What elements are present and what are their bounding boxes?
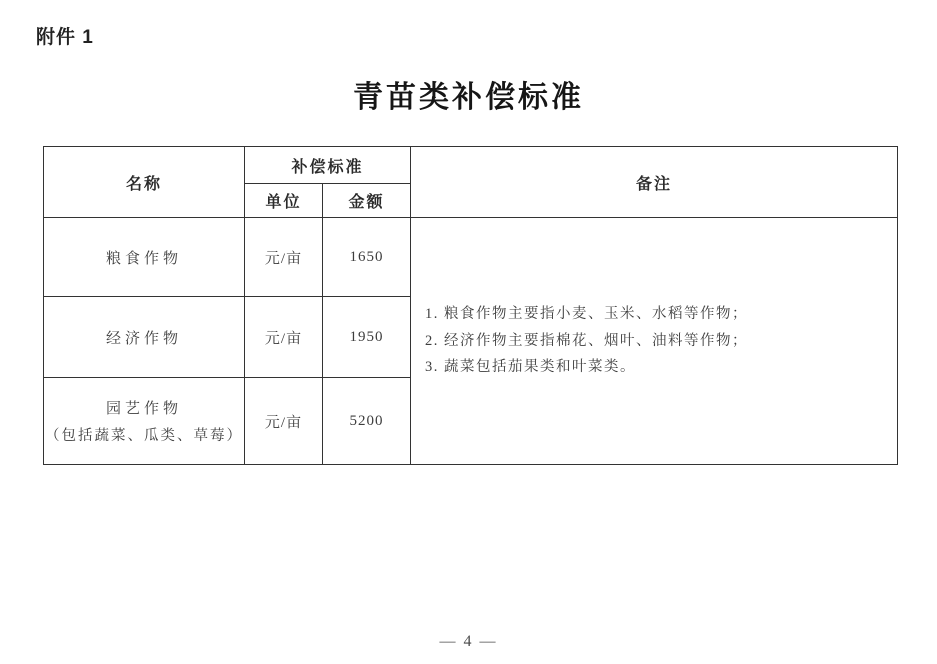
column-header-name: 名称 [44,147,245,218]
document-page: 附件 1 青苗类补偿标准 名称 补偿标准 备注 单位 金额 粮食作物 [0,0,937,664]
compensation-table: 名称 补偿标准 备注 单位 金额 粮食作物 元/亩 1650 1. 粮食作物主要… [43,146,898,465]
page-title: 青苗类补偿标准 [0,72,937,116]
page-number: — 4 — [0,633,937,651]
cell-amount: 1950 [323,297,411,378]
cell-amount: 1650 [323,218,411,297]
cell-crop-name: 粮食作物 [44,218,245,297]
crop-name-subtext: （包括蔬菜、瓜类、草莓） [44,424,244,445]
attachment-label: 附件 1 [36,22,94,49]
crop-name-text: 粮食作物 [106,251,182,267]
remark-line-3: 3. 蔬菜包括茄果类和叶菜类。 [425,354,887,381]
column-header-amount: 金额 [323,184,411,218]
crop-name-text: 园艺作物 [106,401,182,417]
cell-crop-name: 经济作物 [44,297,245,378]
column-header-unit: 单位 [245,184,323,218]
column-header-standard-group: 补偿标准 [245,147,411,184]
crop-name-text: 经济作物 [106,331,182,347]
cell-remarks: 1. 粮食作物主要指小麦、玉米、水稻等作物； 2. 经济作物主要指棉花、烟叶、油… [411,218,898,465]
table-row: 粮食作物 元/亩 1650 1. 粮食作物主要指小麦、玉米、水稻等作物； 2. … [44,218,898,297]
cell-amount: 5200 [323,378,411,465]
cell-crop-name: 园艺作物 （包括蔬菜、瓜类、草莓） [44,378,245,465]
table-header-row-top: 名称 补偿标准 备注 [44,147,898,184]
cell-unit: 元/亩 [245,378,323,465]
remark-line-1: 1. 粮食作物主要指小麦、玉米、水稻等作物； [425,301,887,328]
cell-unit: 元/亩 [245,297,323,378]
cell-unit: 元/亩 [245,218,323,297]
column-header-remarks: 备注 [411,147,898,218]
remark-line-2: 2. 经济作物主要指棉花、烟叶、油料等作物； [425,328,887,355]
